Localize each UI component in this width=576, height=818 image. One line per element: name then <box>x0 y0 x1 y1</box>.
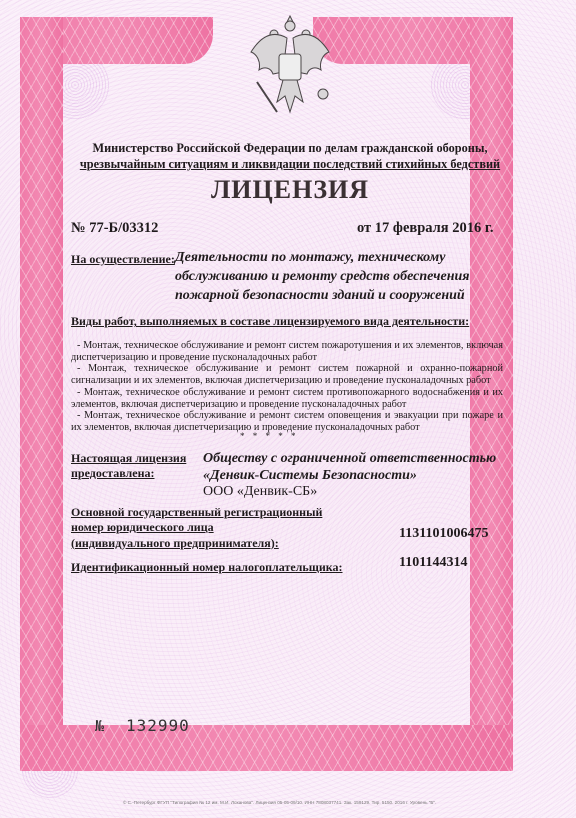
serial-number-sign: № <box>95 717 104 735</box>
license-date: от 17 февраля 2016 г. <box>357 220 493 237</box>
grantee-short-name: ООО «Денвик-СБ» <box>203 484 317 500</box>
frame-bottom <box>20 725 510 771</box>
grantee-name-line-2: «Денвик-Системы Безопасности» <box>203 467 513 484</box>
grantee-name: Обществу с ограниченной ответственностью… <box>203 450 513 484</box>
grantee-name-line-1: Обществу с ограниченной ответственностью <box>203 450 513 467</box>
purpose-value: Деятельности по монтажу, техническому об… <box>175 248 505 305</box>
authority-line-2: чрезвычайным ситуациям и ликвидации посл… <box>80 157 500 171</box>
grantee-label: Настоящая лицензия предоставлена: <box>71 451 186 481</box>
ogrn-label-line-3: (индивидуального предпринимателя): <box>71 536 322 551</box>
work-item: - Монтаж, техническое обслуживание и рем… <box>71 340 503 363</box>
separator-stars: * * * * * <box>240 431 299 441</box>
grantee-label-line-2: предоставлена: <box>71 466 186 481</box>
license-paper: Министерство Российской Федерации по дел… <box>0 0 576 818</box>
ogrn-label-line-2: номер юридического лица <box>71 520 322 535</box>
work-item: - Монтаж, техническое обслуживание и рем… <box>71 363 503 386</box>
works-list: - Монтаж, техническое обслуживание и рем… <box>71 340 503 434</box>
work-item: - Монтаж, техническое обслуживание и рем… <box>71 387 503 410</box>
grantee-label-line-1: Настоящая лицензия <box>71 451 186 466</box>
issuing-authority: Министерство Российской Федерации по дел… <box>70 140 510 172</box>
document-title: ЛИЦЕНЗИЯ <box>60 175 520 205</box>
inn-value: 1101144314 <box>399 555 467 571</box>
frame-left <box>20 17 63 771</box>
ogrn-value: 1131101006475 <box>399 526 488 542</box>
works-label: Виды работ, выполняемых в составе лиценз… <box>71 314 469 329</box>
purpose-label: На осуществление: <box>71 252 175 267</box>
authority-line-1: Министерство Российской Федерации по дел… <box>70 140 510 156</box>
inn-label: Идентификационный номер налогоплательщик… <box>71 560 343 575</box>
blank-serial-number: 132990 <box>126 716 190 735</box>
printer-imprint: © С.-Петербург ФГУП "Типография № 12 им.… <box>123 800 436 805</box>
ogrn-label: Основной государственный регистрационный… <box>71 505 322 551</box>
license-number: № 77-Б/03312 <box>71 220 158 237</box>
coat-of-arms-icon <box>243 12 337 120</box>
ogrn-label-line-1: Основной государственный регистрационный <box>71 505 322 520</box>
